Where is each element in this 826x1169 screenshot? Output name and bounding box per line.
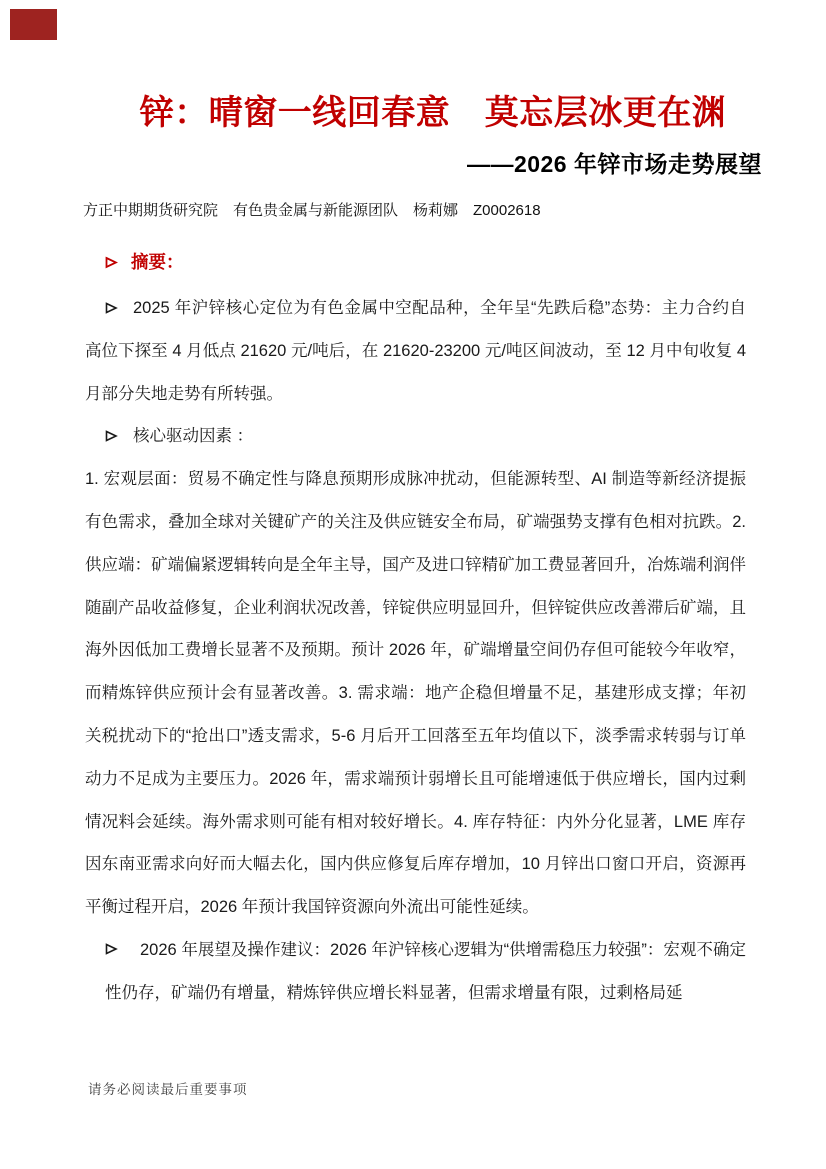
report-subtitle: ——2026 年锌市场走势展望: [467, 146, 762, 179]
report-page: 锌：晴窗一线回春意 莫忘层冰更在渊 ——2026 年锌市场走势展望 方正中期期货…: [0, 0, 826, 1169]
author-line: 方正中期期货研究院 有色贵金属与新能源团队 杨莉娜 Z0002618: [83, 199, 541, 220]
summary-label: 摘要：: [131, 252, 184, 272]
arrow-bullet-icon: [105, 430, 118, 442]
arrow-bullet-icon: [105, 302, 118, 314]
paragraph-drivers-heading: 核心驱动因素 ：: [85, 415, 746, 458]
footer-disclaimer: 请务必阅读最后重要事项: [88, 1078, 248, 1098]
arrow-bullet-icon: [105, 943, 118, 955]
paragraph-text: 2026 年展望及操作建议：2026 年沪锌核心逻辑为“供增需稳压力较强”：宏观…: [105, 941, 746, 1002]
paragraph-outlook: 2026 年展望及操作建议：2026 年沪锌核心逻辑为“供增需稳压力较强”：宏观…: [85, 929, 746, 1015]
brand-logo: [10, 9, 57, 40]
paragraph-market-review: 2025 年沪锌核心定位为有色金属中空配品种，全年呈“先跌后稳”态势：主力合约自…: [85, 287, 746, 415]
arrow-bullet-icon: [105, 256, 118, 269]
paragraph-text: 核心驱动因素 ：: [133, 427, 253, 445]
paragraph-driver-details: 1. 宏观层面：贸易不确定性与降息预期形成脉冲扰动，但能源转型、AI 制造等新经…: [85, 458, 746, 929]
report-title: 锌：晴窗一线回春意 莫忘层冰更在渊: [80, 92, 786, 135]
paragraph-text: 1. 宏观层面：贸易不确定性与降息预期形成脉冲扰动，但能源转型、AI 制造等新经…: [85, 470, 746, 916]
paragraph-text: 2025 年沪锌核心定位为有色金属中空配品种，全年呈“先跌后稳”态势：主力合约自…: [85, 299, 746, 403]
abstract-section: 摘要： 2025 年沪锌核心定位为有色金属中空配品种，全年呈“先跌后稳”态势：主…: [85, 247, 746, 1015]
summary-heading: 摘要：: [85, 247, 746, 277]
